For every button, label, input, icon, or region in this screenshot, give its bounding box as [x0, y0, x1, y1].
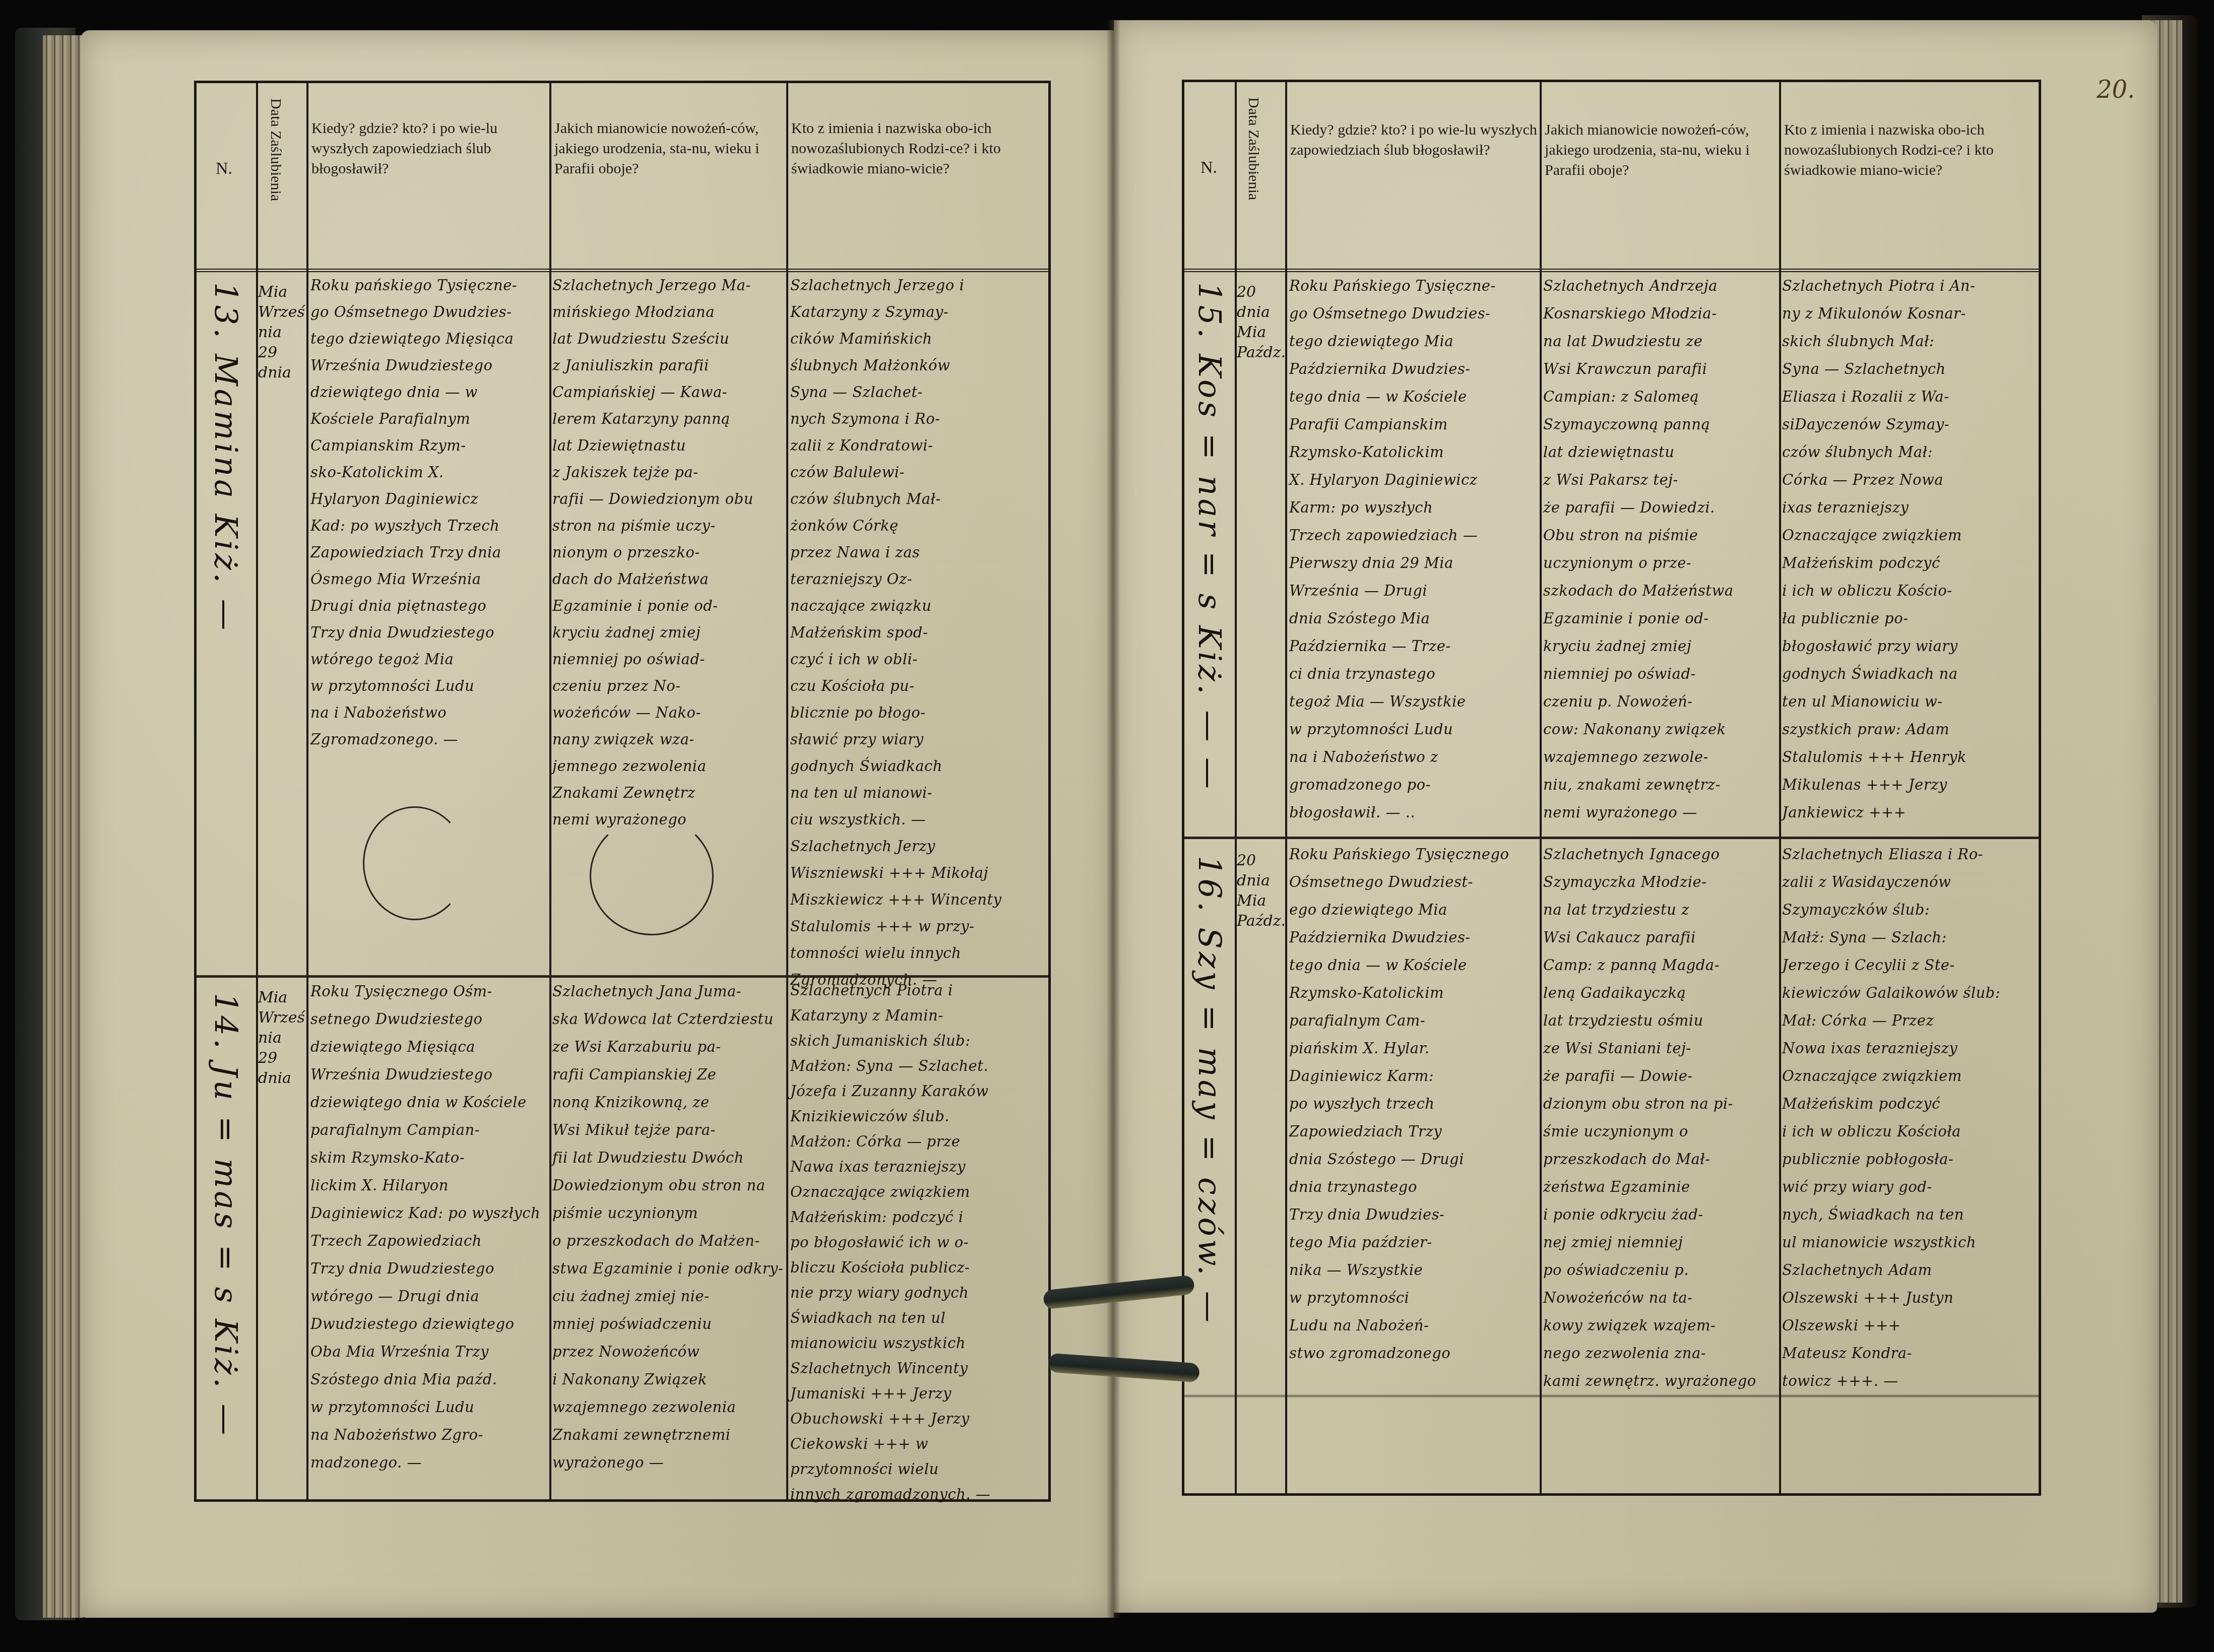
entry-kto-text: Szlachetnych Eliasza i Ro- zalii z Wasid…: [1782, 841, 2044, 1395]
book-spread: 20. N. Data Zaślubienia Kiedy? gdzie? kt…: [0, 0, 2214, 1652]
entry-margin-name: 15. Kos = nar = s Kiż. — —: [1191, 282, 1228, 827]
header-jakich: Jakich mianowicie nowożeń-ców, jakiego u…: [554, 118, 784, 179]
header-kiedy: Kiedy? gdzie? kto? i po wie-lu wyszłych …: [1290, 120, 1537, 160]
entry-kiedy-text: Roku Pańskiego Tysięcznego Ośmsetnego Dw…: [1289, 841, 1541, 1367]
entry-kiedy-text: Roku Tysięcznego Ośm- setnego Dwudzieste…: [310, 978, 551, 1477]
entry-jakich-text: Szlachetnych Jana Juma- ska Wdowca lat C…: [552, 978, 788, 1477]
left-page-edges: [43, 35, 83, 1618]
entry-kto-text: Szlachetnych Jerzego i Katarzyny z Szyma…: [790, 272, 1045, 993]
entry-jakich-text: Szlachetnych Andrzeja Kosnarskiego Młodz…: [1543, 272, 1780, 827]
register-entry-15: 15. Kos = nar = s Kiż. — — 20 dnia Mia P…: [1184, 272, 2039, 832]
header-n: N.: [216, 159, 232, 179]
entry-margin-name: 13. Mamina Kiż. —: [208, 282, 244, 937]
register-table-left: N. Data Zaślubienia Kiedy? gdzie? kto? i…: [194, 81, 1051, 1502]
flourish-mark: [363, 806, 467, 920]
entry-date: 20 dnia Mia Paźdz.: [1237, 851, 1286, 931]
table-bottom-rule: [1184, 1395, 2039, 1397]
header-jakich: Jakich mianowicie nowożeń-ców, jakiego u…: [1545, 120, 1777, 180]
entry-jakich-text: Szlachetnych Jerzego Ma- mińskiego Młodz…: [552, 272, 788, 833]
entry-date: Mia Wrześ nia 29 dnia: [258, 282, 307, 383]
entry-jakich-text: Szlachetnych Ignacego Szymayczka Młodzie…: [1543, 841, 1780, 1395]
header-kto: Kto z imienia i nazwiska obo-ich nowozaś…: [1784, 120, 2021, 180]
flourish-mark: [590, 816, 714, 935]
entry-kto-text: Szlachetnych Piotra i Katarzyny z Mamin-…: [790, 978, 1062, 1507]
register-table-right: N. Data Zaślubienia Kiedy? gdzie? kto? i…: [1182, 80, 2041, 1496]
register-entry-16: 16. Szy = may = czów. — 20 dnia Mia Paźd…: [1184, 841, 2039, 1395]
entry-margin-name: 16. Szy = may = czów. —: [1191, 856, 1228, 1390]
header-date: Data Zaślubienia: [267, 98, 284, 249]
register-entry-13: 13. Mamina Kiż. — Mia Wrześ nia 29 dnia …: [197, 272, 1048, 975]
entry-date: Mia Wrześ nia 29 dnia: [258, 988, 307, 1089]
entry-margin-name: 14. Ju = mas = s Kiż. —: [208, 993, 244, 1477]
table-header: N. Data Zaślubienia Kiedy? gdzie? kto? i…: [197, 83, 1048, 272]
entry-divider: [1184, 837, 2039, 839]
entry-kto-text: Szlachetnych Piotra i An- ny z Mikulonów…: [1782, 272, 2039, 827]
book-spine: [1106, 20, 1120, 1618]
header-date: Data Zaślubienia: [1245, 97, 1262, 248]
page-number: 20.: [2097, 76, 2135, 104]
header-kiedy: Kiedy? gdzie? kto? i po wie-lu wyszłych …: [311, 118, 546, 179]
register-entry-14: 14. Ju = mas = s Kiż. — Mia Wrześ nia 29…: [197, 978, 1048, 1497]
header-n: N.: [1200, 158, 1217, 178]
entry-kiedy-text: Roku pańskiego Tysięczne- go Ośmsetnego …: [310, 272, 551, 753]
entry-kiedy-text: Roku Pańskiego Tysięczne- go Ośmsetnego …: [1289, 272, 1541, 827]
header-kto: Kto z imienia i nazwiska obo-ich nowozaś…: [791, 118, 1028, 179]
entry-date: 20 dnia Mia Paźdz.: [1237, 282, 1286, 363]
table-header: N. Data Zaślubienia Kiedy? gdzie? kto? i…: [1184, 82, 2039, 272]
